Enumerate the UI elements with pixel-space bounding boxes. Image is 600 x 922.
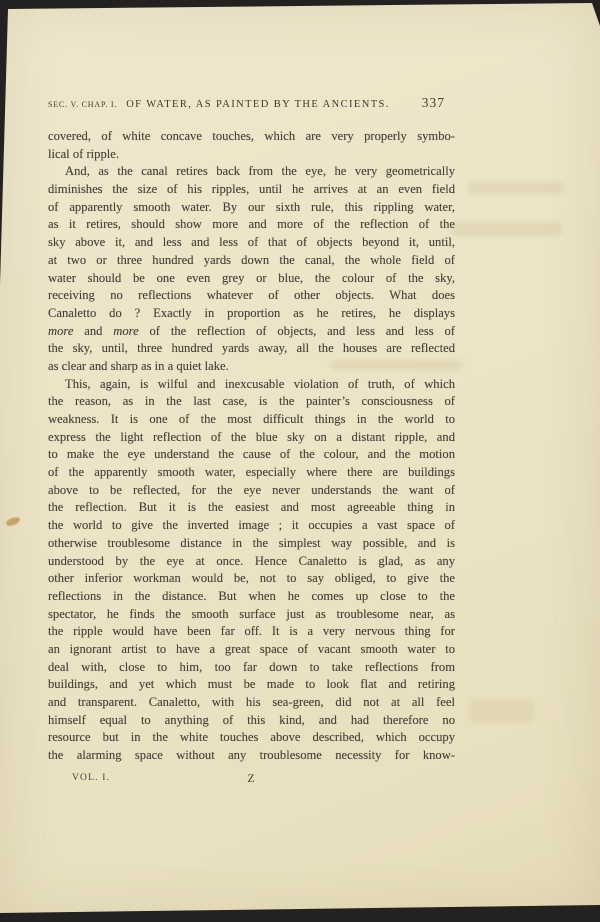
text-line: buildings, and yet which must be made to… xyxy=(48,676,455,694)
text-line: the world to give the inverted image ; i… xyxy=(48,517,455,535)
section-chapter-label: SEC. V. CHAP. I. xyxy=(48,100,117,109)
text-line: This, again, is wilful and inexcusable v… xyxy=(48,376,455,394)
paragraph: And, as the canal retires back from the … xyxy=(48,163,455,375)
page-footer: VOL. I. Z xyxy=(48,771,455,789)
text-line: understood by the eye at once. Hence Can… xyxy=(48,553,455,571)
text-line: water should be one even grey or blue, t… xyxy=(48,270,455,288)
paragraph: covered, of white concave touches, which… xyxy=(48,128,455,163)
text-line: as clear and sharp as in a quiet lake. xyxy=(48,358,455,376)
text-line: more and more of the reflection of objec… xyxy=(48,323,455,341)
text-line: reflections in the distance. But when he… xyxy=(48,588,455,606)
text-line: of the apparently smooth water, especial… xyxy=(48,464,455,482)
text-line: an ignorant artist to have a great space… xyxy=(48,641,455,659)
text-line: diminishes the size of his ripples, unti… xyxy=(48,181,455,199)
text-line: Canaletto do ? Exactly in proportion as … xyxy=(48,305,455,323)
text-line: weakness. It is one of the most difficul… xyxy=(48,411,455,429)
text-line: deal with, close to him, too far down to… xyxy=(48,659,455,677)
text-line: at two or three hundred yards down the c… xyxy=(48,252,455,270)
text-line: the ripple would have been far off. It i… xyxy=(48,623,455,641)
text-line: spectator, he finds the smooth surface j… xyxy=(48,606,455,624)
bleedthrough-smudge xyxy=(470,700,534,722)
body-text: covered, of white concave touches, which… xyxy=(48,128,455,765)
text-line: himself equal to anything of this kind, … xyxy=(48,712,455,730)
text-line: And, as the canal retires back from the … xyxy=(48,163,455,181)
bleedthrough-smudge xyxy=(468,182,564,194)
paper-stain xyxy=(5,516,20,527)
signature-mark: Z xyxy=(48,771,455,786)
bleedthrough-smudge xyxy=(452,222,562,236)
text-line: resource but in the white touches above … xyxy=(48,729,455,747)
text-line: the alarming space without any troubleso… xyxy=(48,747,455,765)
text-line: lical of ripple. xyxy=(48,146,455,164)
page-number: 337 xyxy=(422,95,455,111)
text-line: as it retires, should show more and more… xyxy=(48,216,455,234)
text-line: the reflection. But it is the easiest an… xyxy=(48,499,455,517)
chapter-title: OF WATER, AS PAINTED BY THE ANCIENTS. xyxy=(126,99,390,110)
text-line: express the light reflection of the blue… xyxy=(48,429,455,447)
text-line: to make the eye understand the cause of … xyxy=(48,446,455,464)
text-line: of apparently smooth water. By our sixth… xyxy=(48,199,455,217)
text-line: the reason, as in the last case, is the … xyxy=(48,393,455,411)
text-line: other inferior workman would be, not to … xyxy=(48,570,455,588)
text-line: sky above it, and less and less of that … xyxy=(48,234,455,252)
running-head: SEC. V. CHAP. I. OF WATER, AS PAINTED BY… xyxy=(48,95,455,111)
text-line: above to be reflected, for the eye never… xyxy=(48,482,455,500)
text-line: covered, of white concave touches, which… xyxy=(48,128,455,146)
paragraph: This, again, is wilful and inexcusable v… xyxy=(48,376,455,765)
text-line: otherwise troublesome distance in the si… xyxy=(48,535,455,553)
text-line: the sky, until, three hundred yards away… xyxy=(48,340,455,358)
book-page: SEC. V. CHAP. I. OF WATER, AS PAINTED BY… xyxy=(0,0,600,922)
text-line: receiving no reflections whatever of oth… xyxy=(48,287,455,305)
text-line: and transparent. Canaletto, with his sea… xyxy=(48,694,455,712)
